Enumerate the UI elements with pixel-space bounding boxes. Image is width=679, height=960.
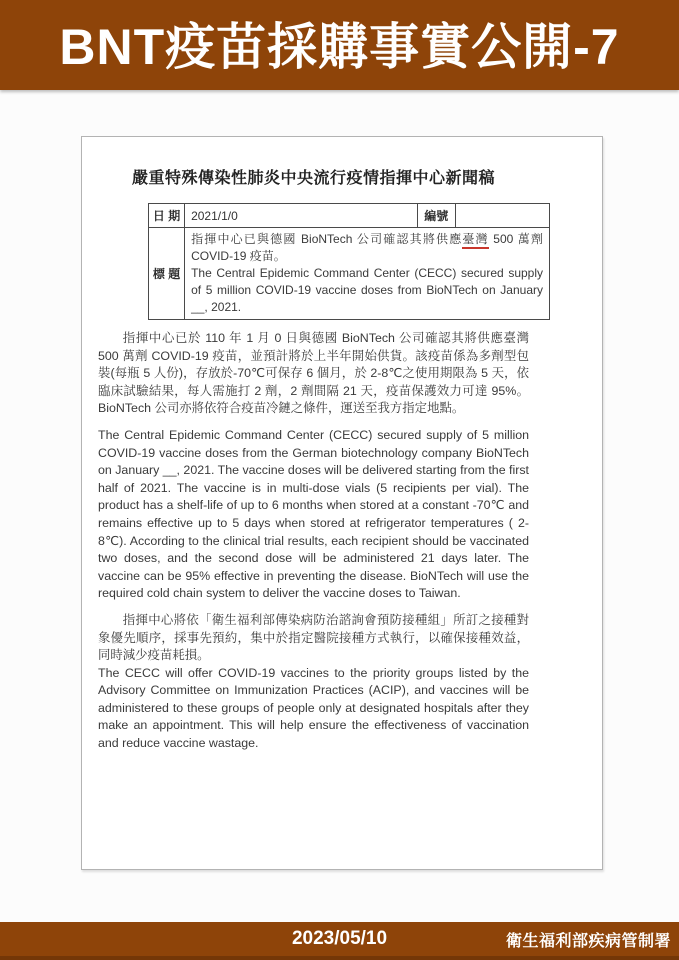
bottom-banner: 2023/05/10 衛生福利部疾病管制署 [0, 922, 679, 960]
document-title: 嚴重特殊傳染性肺炎中央流行疫情指揮中心新聞稿 [98, 165, 529, 188]
paragraph-en-1: The Central Epidemic Command Center (CEC… [98, 427, 529, 603]
table-row-date: 日 期 2021/1/0 編號 [149, 204, 550, 228]
number-label: 編號 [417, 204, 455, 228]
subject-cell: 指揮中心已與德國 BioNTech 公司確認其將供應臺灣 500 萬劑 COVI… [185, 228, 550, 320]
paragraph-zh-1: 指揮中心已於 110 年 1 月 0 日與德國 BioNTech 公司確認其將供… [98, 330, 529, 418]
date-label: 日 期 [149, 204, 185, 228]
top-banner: BNT疫苗採購事實公開-7 [0, 0, 679, 90]
subject-zh-underlined-taiwan: 臺灣 [462, 232, 488, 249]
table-row-subject: 標 題 指揮中心已與德國 BioNTech 公司確認其將供應臺灣 500 萬劑 … [149, 228, 550, 320]
paragraph-en-2: The CECC will offer COVID-19 vaccines to… [98, 665, 529, 753]
subject-zh-before: 指揮中心已與德國 BioNTech 公司確認其將供應 [191, 232, 462, 246]
document-header-table: 日 期 2021/1/0 編號 標 題 指揮中心已與德國 BioNTech 公司… [148, 203, 550, 320]
subject-text-en: The Central Epidemic Command Center (CEC… [191, 265, 543, 316]
paragraph-zh-2: 指揮中心將依「衛生福利部傳染病防治諮詢會預防接種組」所訂之接種對象優先順序，採事… [98, 612, 529, 665]
subject-text-zh: 指揮中心已與德國 BioNTech 公司確認其將供應臺灣 500 萬劑 COVI… [191, 231, 543, 265]
page-title: BNT疫苗採購事實公開-7 [59, 7, 619, 79]
paragraph-group-2: 指揮中心將依「衛生福利部傳染病防治諮詢會預防接種組」所訂之接種對象優先順序，採事… [98, 612, 529, 753]
footer-agency: 衛生福利部疾病管制署 [506, 922, 671, 956]
date-value: 2021/1/0 [185, 204, 418, 228]
number-value [455, 204, 549, 228]
document-body: 指揮中心已於 110 年 1 月 0 日與德國 BioNTech 公司確認其將供… [98, 330, 529, 753]
subject-label: 標 題 [149, 228, 185, 320]
press-release-page: 嚴重特殊傳染性肺炎中央流行疫情指揮中心新聞稿 日 期 2021/1/0 編號 標… [81, 136, 603, 870]
